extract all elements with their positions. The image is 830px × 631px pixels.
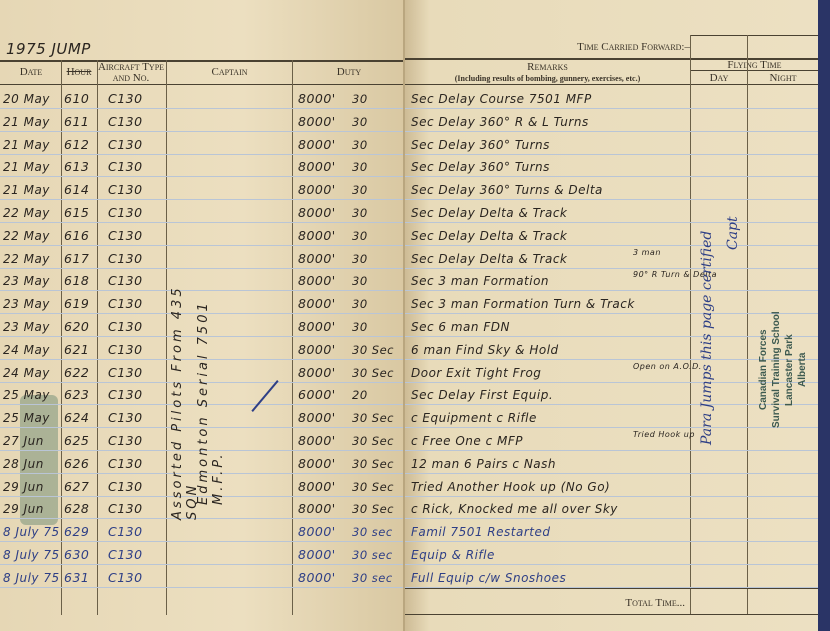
ruled-line bbox=[405, 108, 818, 109]
col-day-header: Day bbox=[691, 73, 747, 84]
row-altitude: 6000' bbox=[298, 387, 336, 403]
ruled-line bbox=[0, 131, 405, 132]
row-altitude: 8000' bbox=[298, 479, 336, 495]
row-aircraft: C130 bbox=[108, 479, 143, 495]
row-jump-number: 617 bbox=[64, 251, 89, 267]
row-date: 21 May bbox=[3, 182, 50, 198]
stamp-line: Survival Training School bbox=[770, 295, 783, 445]
row-altitude: 8000' bbox=[298, 342, 336, 358]
row-date: 22 May bbox=[3, 251, 50, 267]
row-aircraft: C130 bbox=[108, 433, 143, 449]
row-jump-number: 623 bbox=[64, 387, 89, 403]
row-jump-number: 627 bbox=[64, 479, 89, 495]
row-remarks: Equip & Rifle bbox=[411, 547, 495, 563]
row-date: 28 Jun bbox=[3, 456, 44, 472]
row-delay: 30 Sec bbox=[352, 479, 394, 495]
row-altitude: 8000' bbox=[298, 273, 336, 289]
row-jump-number: 612 bbox=[64, 137, 89, 153]
row-aircraft: C130 bbox=[108, 524, 143, 540]
col-divider bbox=[166, 60, 167, 615]
row-date: 21 May bbox=[3, 137, 50, 153]
header-bottom-rule bbox=[405, 84, 818, 85]
row-remarks: Sec Delay 360° R & L Turns bbox=[411, 114, 589, 130]
ruled-line bbox=[0, 199, 405, 200]
row-delay: 30 Sec bbox=[352, 410, 394, 426]
logbook-left-page: 1975 JUMP Date Hour Aircraft Type and No… bbox=[0, 0, 405, 631]
col-remarks-header: Remarks bbox=[405, 62, 690, 73]
col-duty-header: Duty bbox=[294, 67, 404, 78]
row-jump-number: 610 bbox=[64, 91, 89, 107]
row-date: 27 Jun bbox=[3, 433, 44, 449]
row-remarks: Sec 6 man FDN bbox=[411, 319, 510, 335]
row-altitude: 8000' bbox=[298, 137, 336, 153]
col-divider bbox=[97, 60, 98, 615]
row-date: 23 May bbox=[3, 296, 50, 312]
row-remarks-note: Open on A.O.D. bbox=[633, 359, 702, 375]
col-divider bbox=[690, 35, 691, 615]
ruled-line bbox=[0, 154, 405, 155]
row-aircraft: C130 bbox=[108, 456, 143, 472]
row-remarks: Sec Delay Course 7501 MFP bbox=[411, 91, 592, 107]
row-remarks: Sec Delay Delta & Track bbox=[411, 228, 567, 244]
logbook-right-page: Time Carried Forward:– Remarks (Includin… bbox=[405, 0, 818, 631]
ruled-line bbox=[405, 176, 818, 177]
row-delay: 30 bbox=[352, 228, 368, 244]
row-altitude: 8000' bbox=[298, 456, 336, 472]
row-altitude: 8000' bbox=[298, 205, 336, 221]
ruled-line bbox=[0, 541, 405, 542]
col-captain-header: Captain bbox=[168, 67, 291, 78]
row-aircraft: C130 bbox=[108, 365, 143, 381]
row-delay: 20 bbox=[352, 387, 368, 403]
row-aircraft: C130 bbox=[108, 251, 143, 267]
row-aircraft: C130 bbox=[108, 228, 143, 244]
row-altitude: 8000' bbox=[298, 228, 336, 244]
row-jump-number: 618 bbox=[64, 273, 89, 289]
row-jump-number: 629 bbox=[64, 524, 89, 540]
row-altitude: 8000' bbox=[298, 501, 336, 517]
row-jump-number: 630 bbox=[64, 547, 89, 563]
ruled-line bbox=[405, 290, 818, 291]
ruled-line bbox=[405, 518, 818, 519]
row-aircraft: C130 bbox=[108, 273, 143, 289]
row-altitude: 8000' bbox=[298, 524, 336, 540]
row-date: 24 May bbox=[3, 342, 50, 358]
row-delay: 30 Sec bbox=[352, 342, 394, 358]
row-date: 21 May bbox=[3, 159, 50, 175]
ruled-line bbox=[405, 154, 818, 155]
col-aircraft-header: Aircraft Type and No. bbox=[97, 62, 165, 84]
row-remarks: Sec 3 man Formation bbox=[411, 273, 549, 289]
row-delay: 30 sec bbox=[352, 524, 393, 540]
row-delay: 30 sec bbox=[352, 570, 393, 586]
row-remarks: Sec Delay Delta & Track bbox=[411, 251, 567, 267]
captain-note-line2: Edmonton Serial 7501 M.F.P. bbox=[196, 280, 226, 505]
row-date: 23 May bbox=[3, 319, 50, 335]
row-aircraft: C130 bbox=[108, 342, 143, 358]
row-aircraft: C130 bbox=[108, 501, 143, 517]
ruled-line bbox=[0, 245, 405, 246]
pen-stroke bbox=[251, 380, 278, 412]
certification-note: Para Jumps this page certified bbox=[697, 185, 717, 445]
ruled-line bbox=[405, 199, 818, 200]
row-altitude: 8000' bbox=[298, 91, 336, 107]
row-delay: 30 sec bbox=[352, 547, 393, 563]
row-remarks: Sec Delay 360° Turns bbox=[411, 159, 550, 175]
row-remarks: Door Exit Tight Frog bbox=[411, 365, 541, 381]
col-flying-time-header: Flying Time bbox=[691, 60, 818, 71]
row-delay: 30 bbox=[352, 159, 368, 175]
stamp-line: Alberta bbox=[796, 295, 809, 445]
row-altitude: 8000' bbox=[298, 251, 336, 267]
row-jump-number: 619 bbox=[64, 296, 89, 312]
certification-signature: Capt bbox=[723, 190, 743, 250]
row-altitude: 8000' bbox=[298, 410, 336, 426]
tcf-box-top bbox=[690, 35, 818, 36]
row-aircraft: C130 bbox=[108, 570, 143, 586]
row-remarks-note: 3 man bbox=[633, 245, 661, 261]
row-aircraft: C130 bbox=[108, 205, 143, 221]
row-remarks: Sec Delay 360° Turns bbox=[411, 137, 550, 153]
ruled-line bbox=[405, 131, 818, 132]
time-carried-forward-label: Time Carried Forward:– bbox=[540, 42, 690, 53]
row-altitude: 8000' bbox=[298, 319, 336, 335]
row-remarks: 12 man 6 Pairs c Nash bbox=[411, 456, 556, 472]
row-remarks: Sec Delay First Equip. bbox=[411, 387, 553, 403]
row-date: 20 May bbox=[3, 91, 50, 107]
ruled-line bbox=[405, 496, 818, 497]
row-jump-number: 626 bbox=[64, 456, 89, 472]
ruled-line bbox=[0, 564, 405, 565]
row-remarks: Sec 3 man Formation Turn & Track bbox=[411, 296, 635, 312]
col-date-header: Date bbox=[2, 67, 60, 78]
row-date: 25 May bbox=[3, 387, 50, 403]
row-remarks: c Equipment c Rifle bbox=[411, 410, 537, 426]
row-delay: 30 bbox=[352, 205, 368, 221]
total-time-label: Total Time... bbox=[555, 598, 685, 609]
row-jump-number: 615 bbox=[64, 205, 89, 221]
col-remarks-subheader: (Including results of bombing, gunnery, … bbox=[405, 73, 690, 84]
row-aircraft: C130 bbox=[108, 91, 143, 107]
row-jump-number: 621 bbox=[64, 342, 89, 358]
row-altitude: 8000' bbox=[298, 182, 336, 198]
total-rule-top bbox=[405, 588, 818, 589]
ruled-line bbox=[405, 268, 818, 269]
row-remarks: Sec Delay Delta & Track bbox=[411, 205, 567, 221]
col-hour-header: Hour bbox=[62, 67, 96, 78]
row-aircraft: C130 bbox=[108, 319, 143, 335]
row-jump-number: 628 bbox=[64, 501, 89, 517]
row-delay: 30 Sec bbox=[352, 501, 394, 517]
row-delay: 30 bbox=[352, 319, 368, 335]
row-jump-number: 620 bbox=[64, 319, 89, 335]
row-date: 22 May bbox=[3, 228, 50, 244]
row-delay: 30 bbox=[352, 182, 368, 198]
row-delay: 30 Sec bbox=[352, 433, 394, 449]
row-altitude: 8000' bbox=[298, 159, 336, 175]
ruled-line bbox=[405, 450, 818, 451]
ruled-line bbox=[405, 564, 818, 565]
row-delay: 30 bbox=[352, 91, 368, 107]
ruled-line bbox=[405, 541, 818, 542]
row-altitude: 8000' bbox=[298, 296, 336, 312]
row-jump-number: 631 bbox=[64, 570, 89, 586]
row-delay: 30 Sec bbox=[352, 456, 394, 472]
col-night-header: Night bbox=[748, 73, 818, 84]
row-date: 22 May bbox=[3, 205, 50, 221]
row-jump-number: 622 bbox=[64, 365, 89, 381]
row-altitude: 8000' bbox=[298, 114, 336, 130]
row-delay: 30 bbox=[352, 296, 368, 312]
row-remarks-note: Tried Hook up bbox=[633, 427, 695, 443]
stamp-line: Lancaster Park bbox=[783, 295, 796, 445]
ruled-line bbox=[405, 245, 818, 246]
row-jump-number: 611 bbox=[64, 114, 89, 130]
total-rule-bottom bbox=[405, 614, 818, 615]
row-date: 29 Jun bbox=[3, 501, 44, 517]
ruled-line bbox=[0, 176, 405, 177]
row-jump-number: 625 bbox=[64, 433, 89, 449]
row-aircraft: C130 bbox=[108, 410, 143, 426]
row-remarks: 6 man Find Sky & Hold bbox=[411, 342, 559, 358]
row-remarks: Sec Delay 360° Turns & Delta bbox=[411, 182, 603, 198]
col-divider bbox=[747, 35, 748, 615]
ruled-line bbox=[0, 222, 405, 223]
row-delay: 30 Sec bbox=[352, 365, 394, 381]
book-cover-edge bbox=[818, 0, 830, 631]
row-aircraft: C130 bbox=[108, 547, 143, 563]
row-altitude: 8000' bbox=[298, 433, 336, 449]
col-divider bbox=[61, 60, 62, 615]
row-aircraft: C130 bbox=[108, 114, 143, 130]
row-jump-number: 613 bbox=[64, 159, 89, 175]
ruled-line bbox=[0, 518, 405, 519]
row-remarks: c Free One c MFP bbox=[411, 433, 523, 449]
row-aircraft: C130 bbox=[108, 159, 143, 175]
row-altitude: 8000' bbox=[298, 570, 336, 586]
col-divider bbox=[292, 60, 293, 615]
row-remarks: c Rick, Knocked me all over Sky bbox=[411, 501, 618, 517]
school-stamp: Canadian Forces Survival Training School… bbox=[757, 295, 809, 445]
ruled-line bbox=[405, 222, 818, 223]
row-delay: 30 bbox=[352, 114, 368, 130]
row-date: 24 May bbox=[3, 365, 50, 381]
row-jump-number: 616 bbox=[64, 228, 89, 244]
page-title: 1975 JUMP bbox=[6, 40, 91, 58]
row-delay: 30 bbox=[352, 137, 368, 153]
row-date: 21 May bbox=[3, 114, 50, 130]
row-aircraft: C130 bbox=[108, 387, 143, 403]
row-jump-number: 624 bbox=[64, 410, 89, 426]
ruled-line bbox=[0, 587, 405, 588]
row-date: 8 July 75 bbox=[3, 524, 60, 540]
row-remarks: Famil 7501 Restarted bbox=[411, 524, 550, 540]
row-altitude: 8000' bbox=[298, 547, 336, 563]
row-delay: 30 bbox=[352, 273, 368, 289]
row-aircraft: C130 bbox=[108, 182, 143, 198]
row-altitude: 8000' bbox=[298, 365, 336, 381]
row-date: 8 July 75 bbox=[3, 570, 60, 586]
ruled-line bbox=[0, 268, 405, 269]
row-jump-number: 614 bbox=[64, 182, 89, 198]
row-aircraft: C130 bbox=[108, 296, 143, 312]
row-date: 8 July 75 bbox=[3, 547, 60, 563]
row-aircraft: C130 bbox=[108, 137, 143, 153]
row-date: 29 Jun bbox=[3, 479, 44, 495]
row-delay: 30 bbox=[352, 251, 368, 267]
ruled-line bbox=[0, 108, 405, 109]
stamp-line: Canadian Forces bbox=[757, 295, 770, 445]
ruled-line bbox=[405, 473, 818, 474]
row-date: 25 May bbox=[3, 410, 50, 426]
row-remarks: Tried Another Hook up (No Go) bbox=[411, 479, 610, 495]
row-remarks: Full Equip c/w Snoshoes bbox=[411, 570, 566, 586]
row-date: 23 May bbox=[3, 273, 50, 289]
